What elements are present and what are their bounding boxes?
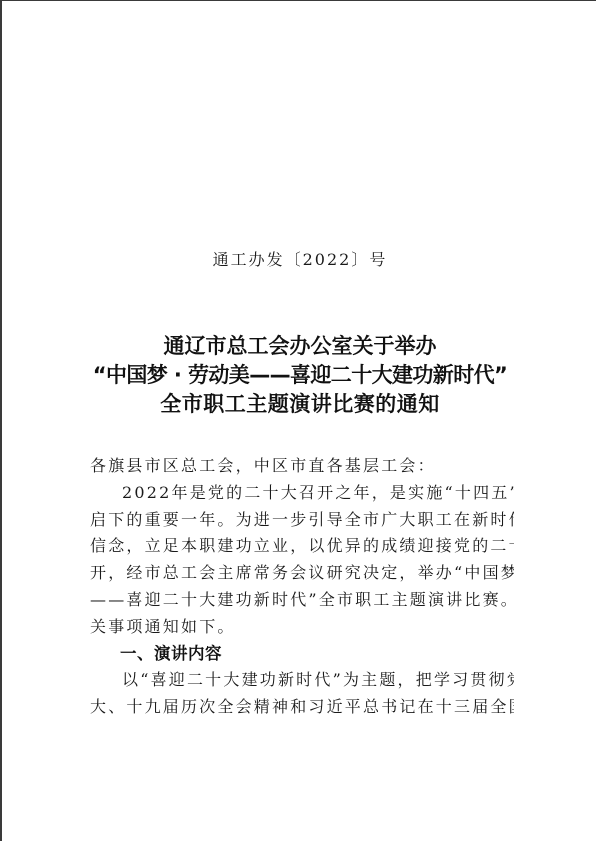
section-1-line-2: 大、十九届历次全会精神和习近平总书记在十三届全国人大五次	[90, 694, 514, 721]
salutation-text: 各旗县市区总工会，中区市直各基层工会：	[90, 453, 514, 480]
section-1-line-1: 以“喜迎二十大建功新时代”为主题，把学习贯彻党的十九	[90, 667, 514, 694]
intro-line-5: ——喜迎二十大建功新时代”全市职工主题演讲比赛。现将有	[90, 587, 514, 614]
intro-line-2: 启下的重要一年。为进一步引导全市广大职工在新时代坚定理想	[90, 507, 514, 534]
salutation: 各旗县市区总工会，中区市直各基层工会：	[90, 453, 514, 480]
document-page: 通工办发〔2022〕号 通辽市总工会办公室关于举办 “中国梦 · 劳动美——喜迎…	[0, 0, 596, 841]
title-line-3: 全市职工主题演讲比赛的通知	[2, 390, 596, 419]
intro-paragraph: 2022年是党的二十大召开之年，是实施“十四五”规划承上 启下的重要一年。为进一…	[90, 480, 514, 641]
document-title: 通辽市总工会办公室关于举办 “中国梦 · 劳动美——喜迎二十大建功新时代” 全市…	[2, 332, 596, 419]
section-1-paragraph: 以“喜迎二十大建功新时代”为主题，把学习贯彻党的十九 大、十九届历次全会精神和习…	[90, 667, 514, 721]
document-number: 通工办发〔2022〕号	[2, 248, 596, 272]
intro-line-4: 开，经市总工会主席常务会议研究决定，举办“中国梦 · 劳动美	[90, 560, 514, 587]
intro-line-1: 2022年是党的二十大召开之年，是实施“十四五”规划承上	[90, 480, 514, 507]
title-line-2: “中国梦 · 劳动美——喜迎二十大建功新时代”	[2, 361, 596, 390]
document-body: 各旗县市区总工会，中区市直各基层工会： 2022年是党的二十大召开之年，是实施“…	[90, 453, 514, 721]
section-heading-speech-content: 一、演讲内容	[90, 641, 514, 668]
intro-line-3: 信念，立足本职建功立业，以优异的成绩迎接党的二十大胜利召	[90, 533, 514, 560]
intro-line-6: 关事项通知如下。	[90, 614, 514, 641]
title-line-1: 通辽市总工会办公室关于举办	[2, 332, 596, 361]
